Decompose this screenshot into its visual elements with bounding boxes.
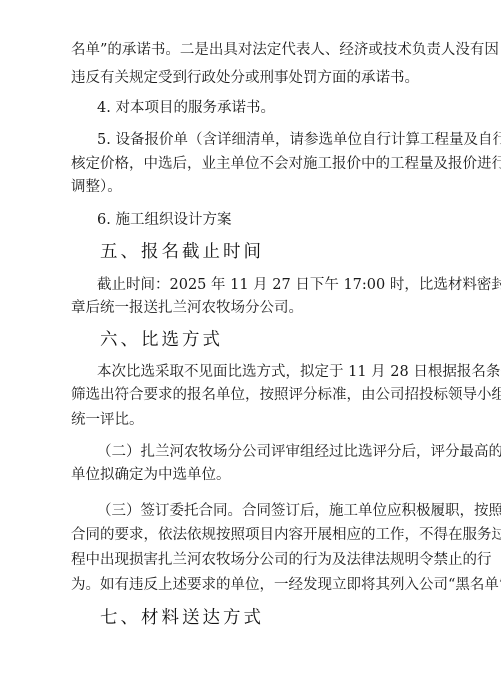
section-heading-delivery-method: 七、材料送达方式 bbox=[100, 605, 264, 631]
paragraph-line: 核定价格，中选后，业主单位不会对施工报价中的工程量及报价进行 bbox=[71, 153, 433, 175]
paragraph-line: 截止时间：2025 年 11 月 27 日下午 17:00 时，比选材料密封盖 bbox=[97, 274, 433, 296]
list-item-4: 4. 对本项目的服务承诺书。 bbox=[97, 97, 433, 119]
list-item-5: 5. 设备报价单（含详细清单，请参选单位自行计算工程量及自行 bbox=[97, 129, 433, 151]
list-item-6: 6. 施工组织设计方案 bbox=[97, 209, 433, 231]
paragraph-line: 单位拟确定为中选单位。 bbox=[71, 464, 433, 486]
paragraph-line: 为。如有违反上述要求的单位，一经发现立即将其列入公司“黑名单”。 bbox=[71, 574, 433, 596]
paragraph-line: 统一评比。 bbox=[71, 409, 433, 431]
paragraph-line: 名单”的承诺书。二是出具对法定代表人、经济或技术负责人没有因 bbox=[71, 39, 433, 61]
section-heading-deadline: 五、报名截止时间 bbox=[100, 239, 264, 265]
paragraph-line: 程中出现损害扎兰河农牧场分公司的行为及法律法规明令禁止的行 bbox=[71, 549, 433, 571]
paragraph-line: 违反有关规定受到行政处分或刑事处罚方面的承诺书。 bbox=[71, 67, 433, 89]
paragraph-line: 章后统一报送扎兰河农牧场分公司。 bbox=[71, 297, 433, 319]
paragraph-line: 本次比选采取不见面比选方式，拟定于 11 月 28 日根据报名条件 bbox=[97, 361, 433, 383]
section-heading-selection-method: 六、比选方式 bbox=[100, 327, 223, 353]
paragraph-line: 合同的要求，依法依规按照项目内容开展相应的工作，不得在服务过 bbox=[71, 524, 433, 546]
paragraph-line: 调整）。 bbox=[71, 176, 433, 198]
paragraph-line: （二）扎兰河农牧场分公司评审组经过比选评分后，评分最高的 bbox=[97, 441, 433, 463]
document-page: 名单”的承诺书。二是出具对法定代表人、经济或技术负责人没有因 违反有关规定受到行… bbox=[0, 0, 501, 677]
paragraph-line: 筛选出符合要求的报名单位，按照评分标准，由公司招投标领导小组 bbox=[71, 384, 433, 406]
paragraph-line: （三）签订委托合同。合同签订后，施工单位应积极履职，按照 bbox=[97, 500, 433, 522]
